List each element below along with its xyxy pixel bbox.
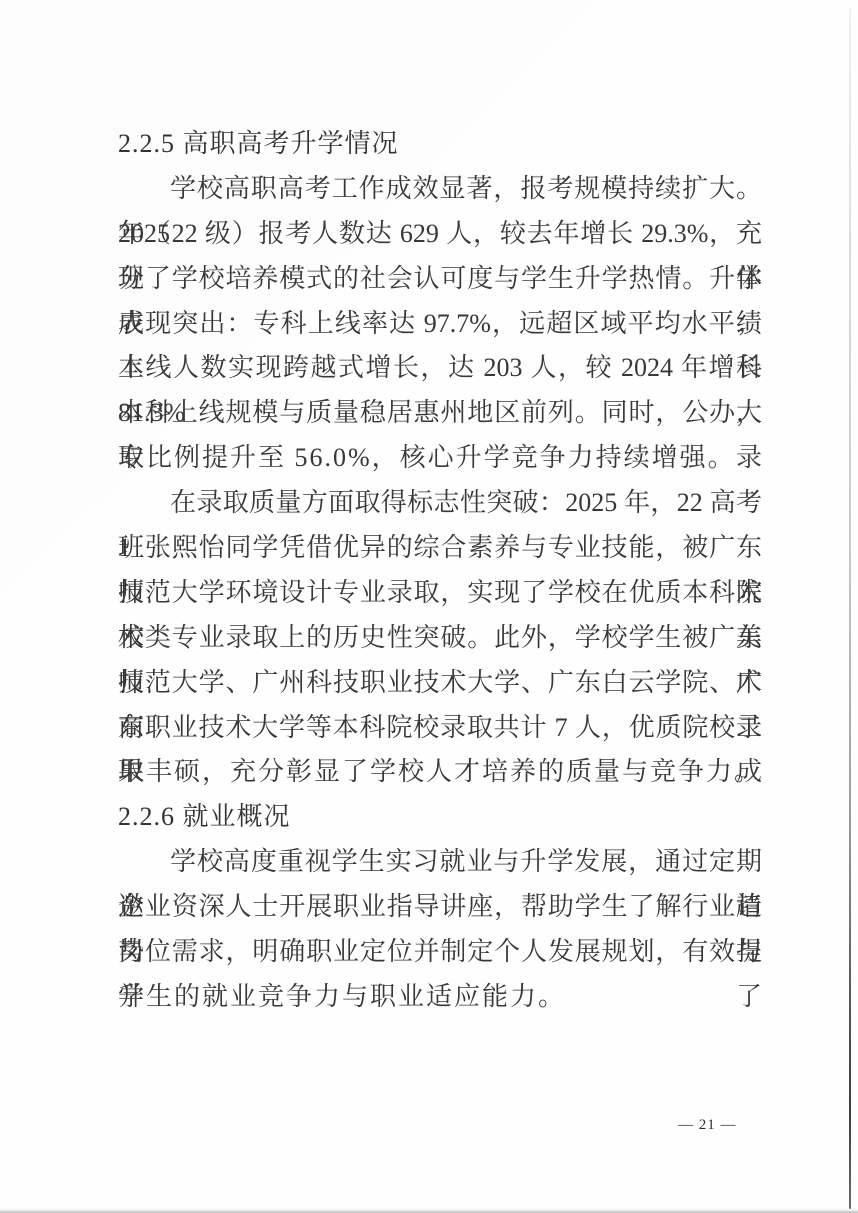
section-heading: 2.2.6 就业概况: [118, 795, 762, 840]
section-heading: 2.2.5 高职高考升学情况: [118, 122, 762, 167]
text-line: 商职业技术大学等本科院校录取共计 7 人，优质院校录取成: [118, 706, 762, 751]
scan-right-edge-shadow: [849, 8, 851, 1209]
text-line: 学校高职高考工作成效显著，报考规模持续扩大。2025: [118, 167, 762, 212]
text-line: 取比例提升至 56.0%，核心升学竞争力持续增强。: [118, 436, 762, 481]
text-line: 企业资深人士开展职业指导讲座，帮助学生了解行业趋势与: [118, 885, 762, 930]
text-line: 上线人数实现跨越式增长，达 203 人，较 2024 年增长 81.3%，: [118, 346, 762, 391]
text-line: 岗位需求，明确职业定位并制定个人发展规划，有效提升了: [118, 930, 762, 975]
text-line: 术类专业录取上的历史性突破。此外，学校学生被广东技术: [118, 616, 762, 661]
text-line: 学校高度重视学生实习就业与升学发展，通过定期邀请: [118, 840, 762, 885]
text-line: 果丰硕，充分彰显了学校人才培养的质量与竞争力。: [118, 750, 762, 795]
scanned-document-page: 2.2.5 高职高考升学情况学校高职高考工作成效显著，报考规模持续扩大。2025…: [0, 0, 858, 1213]
text-line: 现了学校培养模式的社会认可度与学生升学热情。升学成绩: [118, 257, 762, 302]
scan-bottom-edge-shadow: [0, 1209, 858, 1213]
text-line: 师范大学环境设计专业录取，实现了学校在优质本科院校美: [118, 571, 762, 616]
text-line: 年（22 级）报考人数达 629 人，较去年增长 29.3%，充分体: [118, 212, 762, 257]
text-line: 本科上线规模与质量稳居惠州地区前列。同时，公办大专录: [118, 391, 762, 436]
text-line: 在录取质量方面取得标志性突破：2025 年，22 高考 1: [118, 481, 762, 526]
document-body: 2.2.5 高职高考升学情况学校高职高考工作成效显著，报考规模持续扩大。2025…: [118, 122, 762, 1020]
text-line: 班张熙怡同学凭借优异的综合素养与专业技能，被广东技术: [118, 526, 762, 571]
text-line: 师范大学、广州科技职业技术大学、广东白云学院、广东工: [118, 661, 762, 706]
page-number: — 21 —: [678, 1117, 737, 1134]
text-line: 表现突出：专科上线率达 97.7%，远超区域平均水平；本科: [118, 302, 762, 347]
